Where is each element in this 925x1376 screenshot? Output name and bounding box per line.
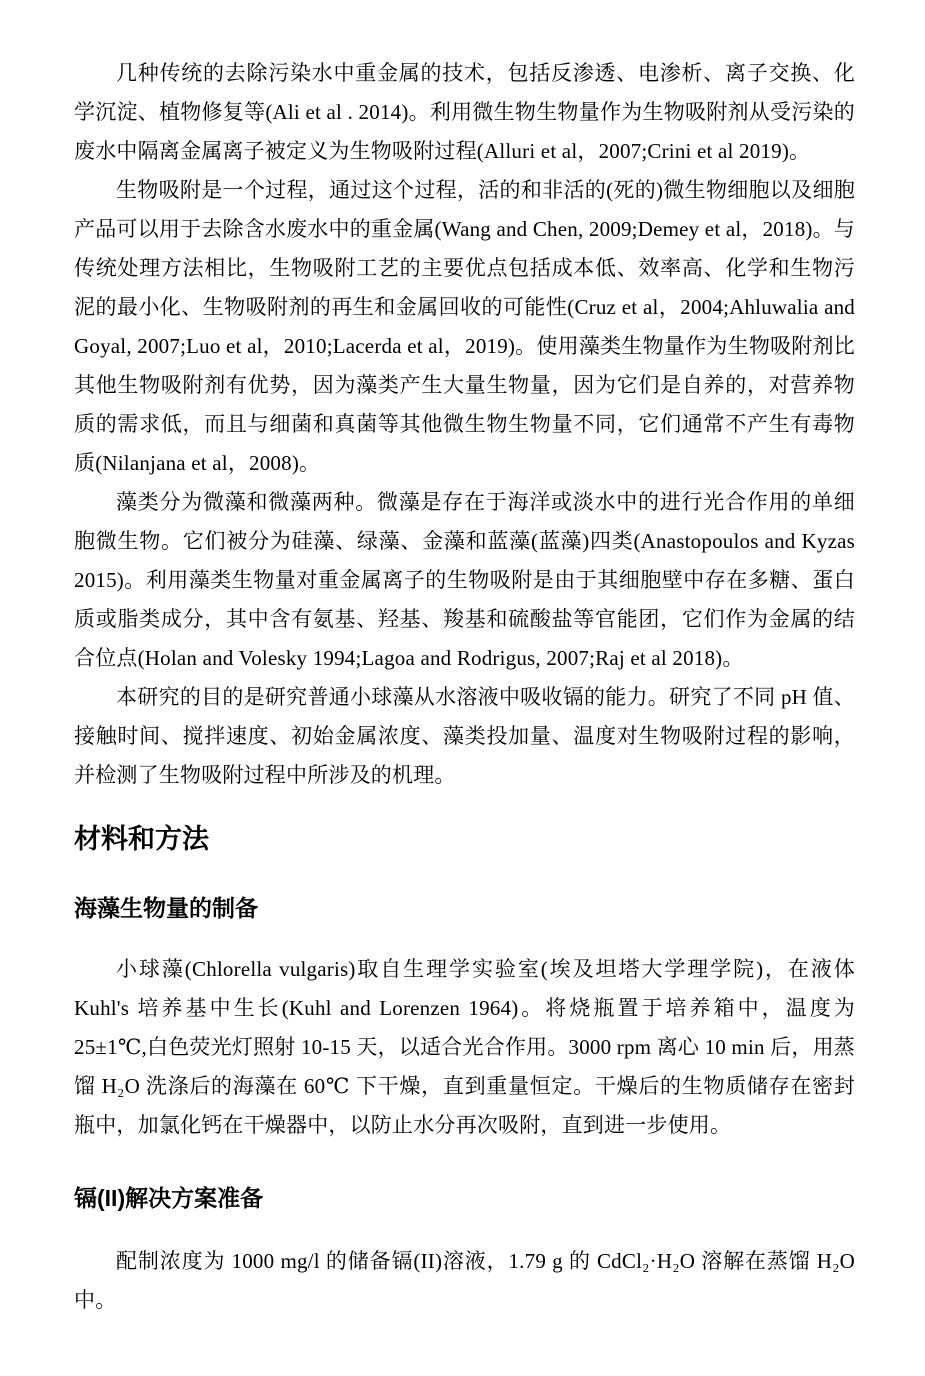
paragraph-study-objective: 本研究的目的是研究普通小球藻从水溶液中吸收镉的能力。研究了不同 pH 值、接触时… xyxy=(74,678,855,795)
paragraph-biosorption-definition: 生物吸附是一个过程，通过这个过程，活的和非活的(死的)微生物细胞以及细胞产品可以… xyxy=(74,171,855,483)
paragraph-chlorella-culture: 小球藻(Chlorella vulgaris)取自生理学实验室(埃及坦塔大学理学… xyxy=(74,950,855,1145)
heading-materials-and-methods: 材料和方法 xyxy=(74,821,855,857)
heading-cadmium-solution-preparation: 镉(II)解决方案准备 xyxy=(74,1183,855,1214)
paragraph-algae-classification: 藻类分为微藻和微藻两种。微藻是存在于海洋或淡水中的进行光合作用的单细胞微生物。它… xyxy=(74,483,855,678)
heading-biomass-preparation: 海藻生物量的制备 xyxy=(74,893,855,924)
document-page: 几种传统的去除污染水中重金属的技术，包括反渗透、电渗析、离子交换、化学沉淀、植物… xyxy=(0,0,925,1376)
paragraph-removal-techniques: 几种传统的去除污染水中重金属的技术，包括反渗透、电渗析、离子交换、化学沉淀、植物… xyxy=(74,54,855,171)
paragraph-cadmium-stock-solution: 配制浓度为 1000 mg/l 的储备镉(II)溶液，1.79 g 的 CdCl… xyxy=(74,1242,855,1320)
